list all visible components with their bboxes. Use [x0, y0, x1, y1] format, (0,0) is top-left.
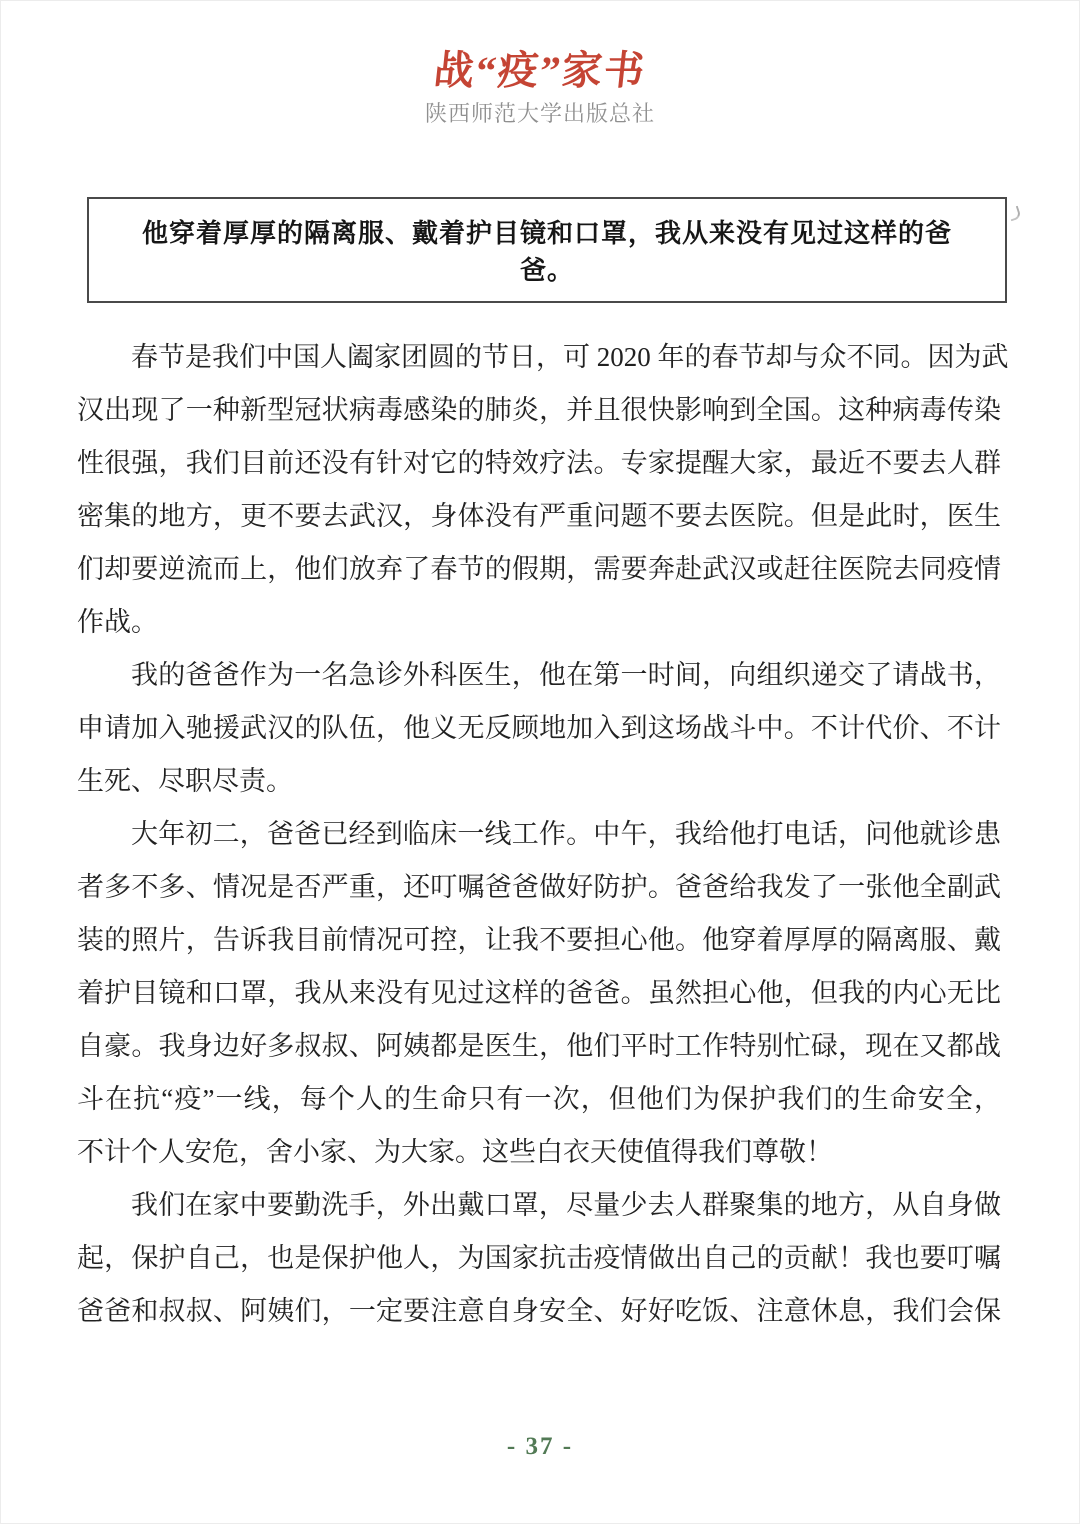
- text-line: 密集的地方，更不要去武汉，身体没有严重问题不要去医院。但是此时，医生: [77, 490, 1001, 543]
- publisher-name: 陕西师范大学出版总社: [1, 101, 1079, 127]
- page-number: - 37 -: [1, 1433, 1079, 1461]
- pull-quote-text: 他穿着厚厚的隔离服、戴着护目镜和口罩，我从来没有见过这样的爸爸。: [89, 213, 1005, 287]
- text-line: 爸爸和叔叔、阿姨们，一定要注意自身安全、好好吃饭、注意休息，我们会保: [77, 1285, 1001, 1338]
- text-line: 斗在抗“疫”一线，每个人的生命只有一次，但他们为保护我们的生命安全，: [77, 1073, 1001, 1126]
- text-line: 自豪。我身边好多叔叔、阿姨都是医生，他们平时工作特别忙碌，现在又都战: [77, 1020, 1001, 1073]
- text-line: 者多不多、情况是否严重，还叮嘱爸爸做好防护。爸爸给我发了一张他全副武: [77, 861, 1001, 914]
- text-line: 着护目镜和口罩，我从来没有见过这样的爸爸。虽然担心他，但我的内心无比: [77, 967, 1001, 1020]
- text-line: 大年初二，爸爸已经到临床一线工作。中午，我给他打电话，问他就诊患: [77, 808, 1001, 861]
- text-line: 性很强，我们目前还没有针对它的特效疗法。专家提醒大家，最近不要去人群: [77, 437, 1001, 490]
- text-line: 我的爸爸作为一名急诊外科医生，他在第一时间，向组织递交了请战书，: [77, 649, 1001, 702]
- text-line: 生死、尽职尽责。: [77, 755, 1001, 808]
- text-line: 汉出现了一种新型冠状病毒感染的肺炎，并且很快影响到全国。这种病毒传染: [77, 384, 1001, 437]
- book-page: 战“疫”家书 陕西师范大学出版总社 他穿着厚厚的隔离服、戴着护目镜和口罩，我从来…: [0, 0, 1080, 1524]
- text-line: 春节是我们中国人阖家团圆的节日，可 2020 年的春节却与众不同。因为武: [77, 331, 1001, 384]
- scan-artifact-mark: [1007, 206, 1021, 222]
- page-header: 战“疫”家书 陕西师范大学出版总社: [1, 47, 1079, 127]
- text-line: 我们在家中要勤洗手，外出戴口罩，尽量少去人群聚集的地方，从自身做: [77, 1179, 1001, 1232]
- letter-body: 春节是我们中国人阖家团圆的节日，可 2020 年的春节却与众不同。因为武 汉出现…: [77, 331, 1001, 1338]
- text-line: 起，保护自己，也是保护他人，为国家抗击疫情做出自己的贡献！我也要叮嘱: [77, 1232, 1001, 1285]
- text-line: 申请加入驰援武汉的队伍，他义无反顾地加入到这场战斗中。不计代价、不计: [77, 702, 1001, 755]
- text-line: 装的照片，告诉我目前情况可控，让我不要担心他。他穿着厚厚的隔离服、戴: [77, 914, 1001, 967]
- text-line: 作战。: [77, 596, 1001, 649]
- text-line: 不计个人安危，舍小家、为大家。这些白衣天使值得我们尊敬！: [77, 1126, 1001, 1179]
- text-line: 们却要逆流而上，他们放弃了春节的假期，需要奔赴武汉或赶往医院去同疫情: [77, 543, 1001, 596]
- brand-logo-text: 战“疫”家书: [0, 47, 1080, 95]
- pull-quote-box: 他穿着厚厚的隔离服、戴着护目镜和口罩，我从来没有见过这样的爸爸。: [87, 197, 1007, 303]
